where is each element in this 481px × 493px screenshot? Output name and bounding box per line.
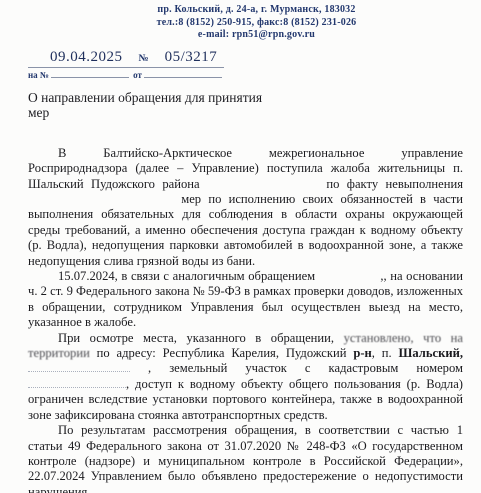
text-run: по факту невыполнения bbox=[319, 177, 463, 191]
text-run: мер по исполнению своих обязанностей в ч… bbox=[28, 192, 463, 268]
redaction-blank bbox=[319, 278, 377, 280]
subject-line: О направлении обращения для принятия мер bbox=[28, 90, 481, 120]
text-run: р-н bbox=[353, 346, 371, 360]
reply-number-blank bbox=[51, 69, 129, 78]
letterhead: пр. Кольский, д. 24-а, г. Мурманск, 1830… bbox=[0, 4, 481, 42]
date-number-row: 09.04.2025 № 05/3217 bbox=[28, 49, 224, 68]
letter-body: В Балтийско-Арктическое межрегиональное … bbox=[28, 146, 463, 493]
subject-line-1: О направлении обращения для принятия bbox=[28, 90, 481, 105]
reply-date-blank bbox=[144, 69, 222, 78]
letterhead-email: e-mail: rpn51@rpn.gov.ru bbox=[32, 29, 481, 42]
paragraph: По результатам рассмотрения обращения, в… bbox=[28, 423, 463, 493]
text-run: По результатам рассмотрения обращения, в… bbox=[28, 423, 463, 493]
reply-from-label: от bbox=[133, 70, 142, 80]
redaction-blank bbox=[207, 186, 319, 188]
text-run: Шальский, bbox=[399, 346, 463, 360]
text-run: , земельный участок с кадастровым номеро… bbox=[130, 361, 463, 375]
document-date: 09.04.2025 bbox=[50, 49, 123, 66]
redaction-blank bbox=[28, 201, 174, 203]
paragraph: При осмотре места, указанного в обращени… bbox=[28, 331, 463, 423]
redaction-dotted bbox=[28, 383, 126, 388]
redaction-dotted bbox=[28, 367, 130, 372]
reply-reference-row: на № от bbox=[28, 69, 224, 80]
text-run: При осмотре места, указанного в обращени… bbox=[58, 331, 344, 345]
document-number: 05/3217 bbox=[165, 49, 218, 66]
number-sign: № bbox=[139, 53, 149, 64]
text-run: 15.07.2024, в связи с аналогичным обраще… bbox=[58, 269, 319, 283]
subject-line-2: мер bbox=[28, 105, 481, 120]
text-run: , п. bbox=[372, 346, 399, 360]
letterhead-address: пр. Кольский, д. 24-а, г. Мурманск, 1830… bbox=[32, 4, 481, 17]
reply-to-label: на № bbox=[28, 70, 49, 80]
text-run: по адресу: Республика Карелия, Пудожский bbox=[90, 346, 353, 360]
letterhead-phone: тел.:8 (8152) 250-915, факс:8 (8152) 231… bbox=[32, 17, 481, 30]
reference-block: 09.04.2025 № 05/3217 на № от bbox=[28, 49, 224, 80]
document-page: пр. Кольский, д. 24-а, г. Мурманск, 1830… bbox=[0, 0, 481, 493]
paragraph: 15.07.2024, в связи с аналогичным обраще… bbox=[28, 269, 463, 331]
paragraph: В Балтийско-Арктическое межрегиональное … bbox=[28, 146, 463, 269]
